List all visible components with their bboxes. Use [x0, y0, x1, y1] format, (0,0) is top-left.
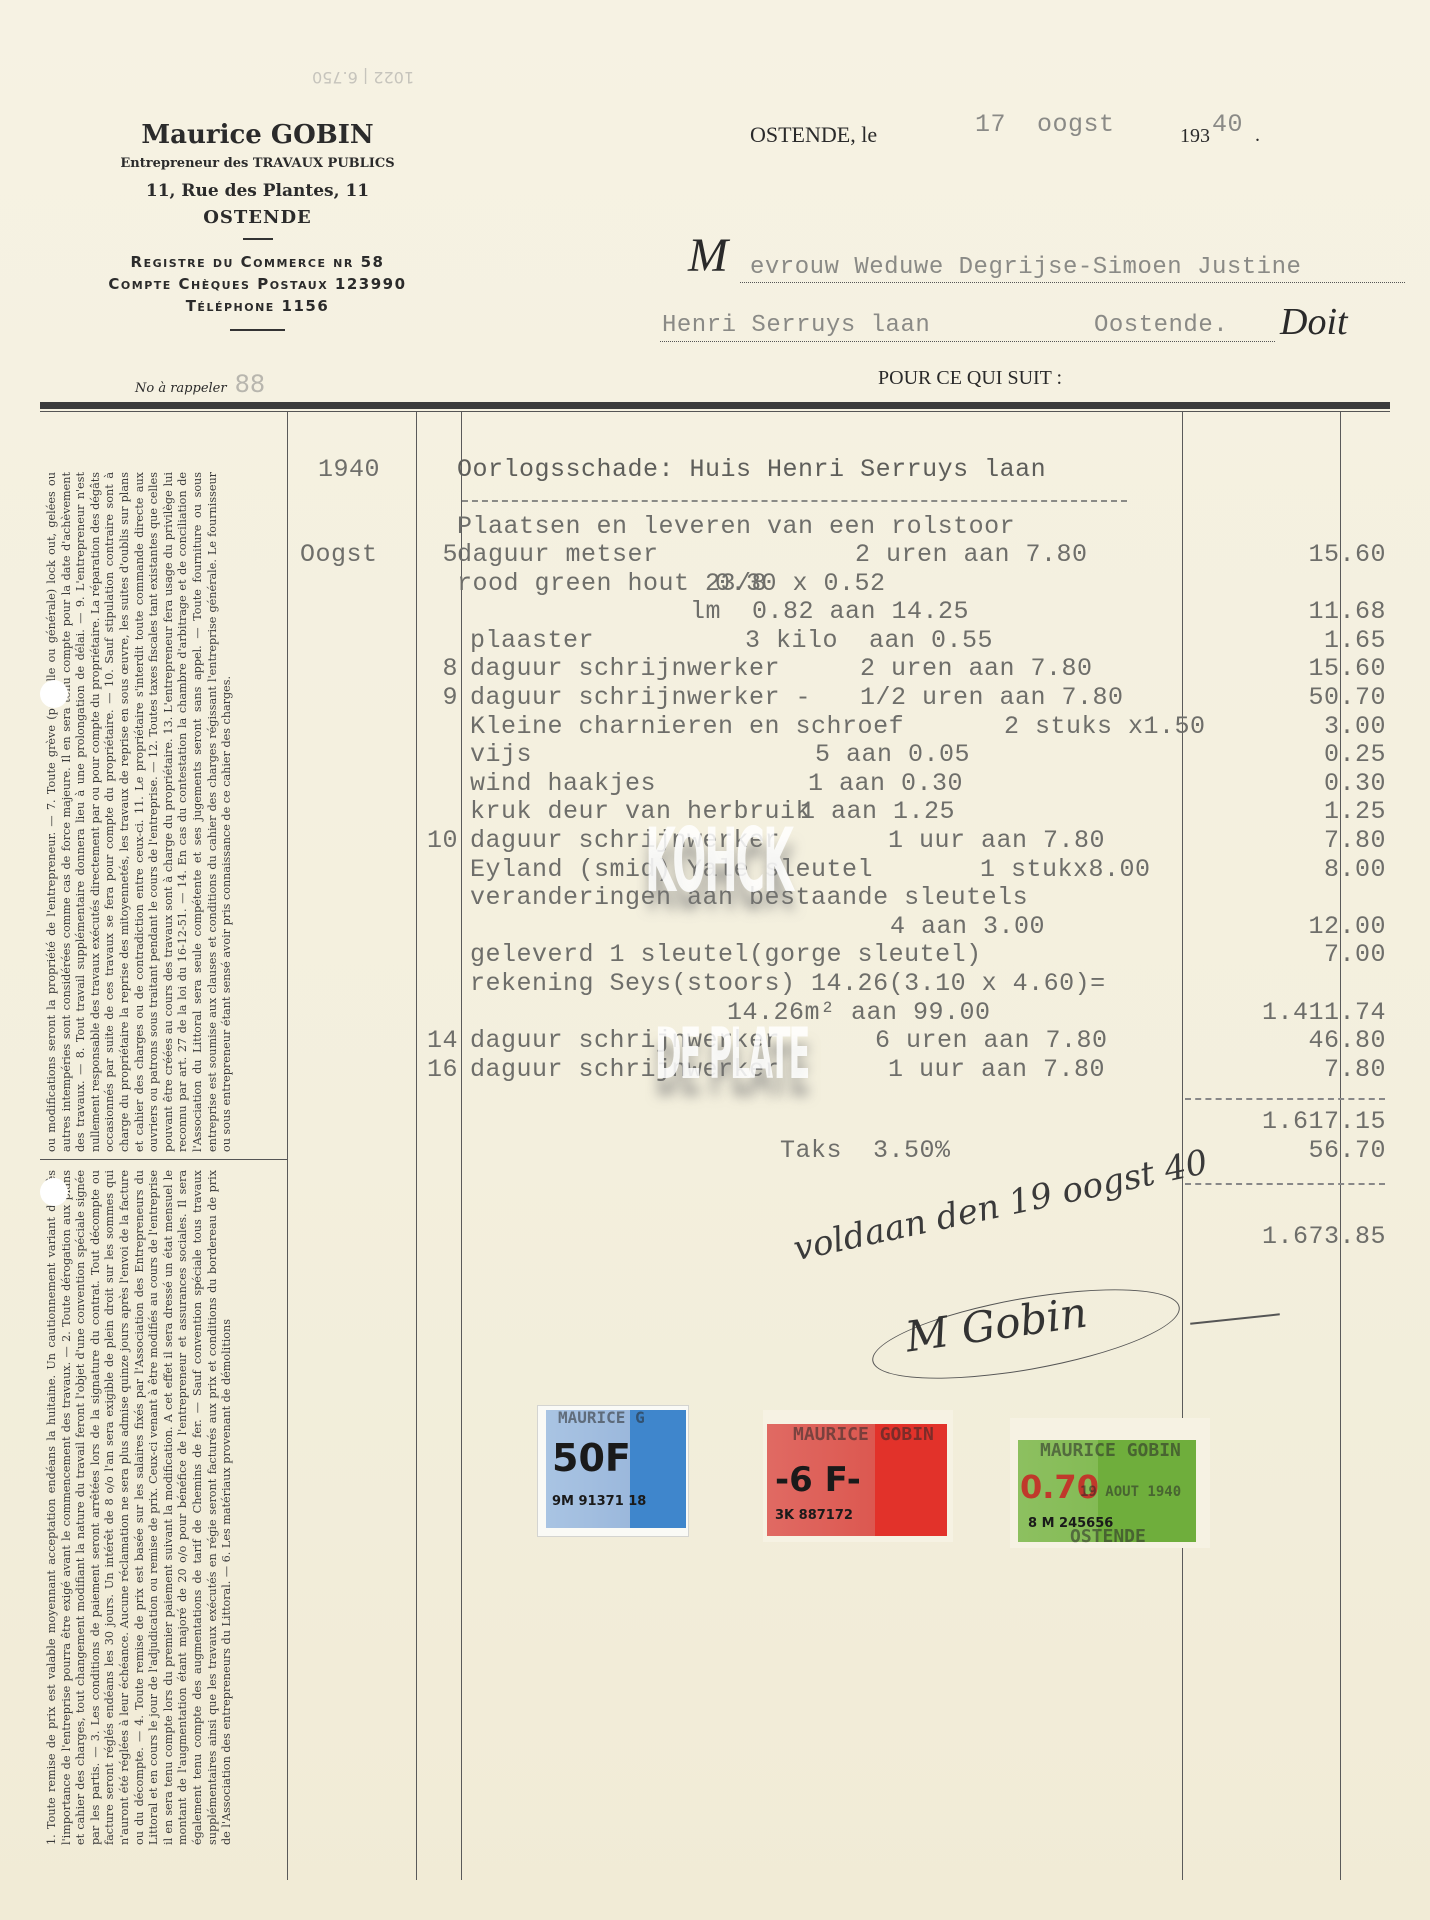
date-year-suffix: 40: [1212, 110, 1243, 139]
subtotal-amount: 1.617.15: [1190, 1107, 1386, 1136]
line-amount: 11.68: [1190, 597, 1386, 626]
pour-ce-qui-suit: POUR CE QUI SUIT :: [878, 367, 1062, 390]
stamp-value: -6 F-: [775, 1460, 861, 1500]
watermark-line-2: DE PLATE: [655, 1012, 808, 1096]
revenue-stamp-070: 0.70 8 M 245656 MAURICE GOBIN 19 AOUT 19…: [1010, 1418, 1210, 1548]
addressee-line-1: [740, 282, 1405, 283]
legal-terms-bottom: 1. Toute remise de prix est valable moye…: [45, 1170, 275, 1845]
divider: [230, 329, 285, 331]
line-amount: 1.25: [1190, 797, 1386, 826]
line-amount: 0.25: [1190, 740, 1386, 769]
line-amount: 15.60: [1190, 654, 1386, 683]
addressee-line-2: [660, 341, 1275, 342]
line-detail: 6 uren aan 7.80: [875, 1026, 1108, 1055]
line-detail: 4 aan 3.00: [890, 912, 1045, 941]
line-day: 10: [418, 826, 458, 855]
company-name: Maurice GOBIN: [70, 120, 445, 150]
table-header-bar: [40, 402, 1390, 409]
signature-stroke: [1190, 1313, 1280, 1324]
company-postal-account: Compte Chèques Postaux 123990: [70, 275, 445, 293]
line-detail: 1 uur aan 7.80: [888, 826, 1105, 855]
stamp-serial: 3K 887172: [775, 1508, 853, 1523]
line-description: geleverd 1 sleutel(gorge sleutel): [470, 940, 982, 969]
line-day: 16: [418, 1055, 458, 1084]
invoice-subtitle: Plaatsen en leveren van een rolstoor: [457, 512, 1015, 541]
stamp-value: 50F: [552, 1436, 631, 1480]
line-amount: 1.411.74: [1190, 998, 1386, 1027]
legal-divider: [40, 1159, 287, 1160]
line-detail: 2 uren aan 7.80: [855, 540, 1088, 569]
line-detail: 5 aan 0.05: [815, 740, 970, 769]
line-day: 8: [418, 654, 458, 683]
line-description: daguur schrijnwerker: [470, 654, 780, 683]
line-amount: 3.00: [1190, 712, 1386, 741]
invoice-line: wind haakjes1 aan 0.300.30: [0, 769, 1430, 797]
invoice-year: 1940: [318, 455, 380, 484]
line-detail: 3 kilo aan 0.55: [745, 626, 993, 655]
addressee-street: Henri Serruys laan: [662, 312, 930, 339]
pencil-note: 1022 | 6.750: [312, 68, 414, 87]
line-amount: 50.70: [1190, 683, 1386, 712]
table-header-rule: [40, 411, 1390, 412]
stamp-serial: 9M 91371 18: [552, 1494, 646, 1509]
stamp-cancel: MAURICE GOBIN: [793, 1424, 934, 1445]
addressee-name: evrouw Weduwe Degrijse-Simoen Justine: [750, 254, 1301, 281]
company-registry: Registre du Commerce nr 58: [70, 253, 445, 271]
reference: No à rappeler 88: [135, 370, 265, 398]
doit-label: Doit: [1280, 300, 1348, 344]
invoice-paper: 1022 | 6.750 Maurice GOBIN Entrepreneur …: [0, 0, 1430, 1920]
line-amount: 0.30: [1190, 769, 1386, 798]
invoice-line: rood green hout 23/80.30 x 0.52: [0, 569, 1430, 597]
line-description: daguur schrijnwerker -: [470, 683, 811, 712]
date-period: .: [1255, 124, 1260, 147]
punch-hole: [40, 1178, 68, 1206]
line-description: Kleine charnieren en schroef: [470, 712, 904, 741]
line-amount: 7.00: [1190, 940, 1386, 969]
total-separator: [1185, 1183, 1385, 1185]
tax-amount: 56.70: [1190, 1136, 1386, 1165]
line-detail: 2 stuks x1.50: [1004, 712, 1206, 741]
line-description: rekening Seys(stoors) 14.26(3.10 x 4.60)…: [470, 969, 1106, 998]
invoice-line: geleverd 1 sleutel(gorge sleutel)7.00: [0, 940, 1430, 968]
title-separator: [462, 500, 1127, 502]
line-amount: 7.80: [1190, 826, 1386, 855]
tax-label: Taks 3.50%: [780, 1136, 951, 1165]
line-detail: 1/2 uren aan 7.80: [860, 683, 1124, 712]
invoice-line: 4 aan 3.0012.00: [0, 912, 1430, 940]
date-place: OSTENDE, le: [750, 122, 877, 148]
line-detail: 1 uur aan 7.80: [888, 1055, 1105, 1084]
line-detail: 1 stukx8.00: [980, 855, 1151, 884]
line-day: 5: [418, 540, 458, 569]
letterhead: Maurice GOBIN Entrepreneur des TRAVAUX P…: [70, 120, 445, 331]
invoice-line: Kleine charnieren en schroef2 stuks x1.5…: [0, 712, 1430, 740]
addressee-initial: M: [688, 228, 728, 283]
line-detail: lm 0.82 aan 14.25: [690, 597, 969, 626]
line-detail: 2 uren aan 7.80: [860, 654, 1093, 683]
date-day-month: 17 oogst: [975, 110, 1115, 139]
line-amount: 12.00: [1190, 912, 1386, 941]
invoice-title: Oorlogsschade: Huis Henri Serruys laan: [457, 455, 1046, 484]
line-description: plaaster: [470, 626, 594, 655]
line-description: daguur metser: [457, 540, 659, 569]
line-detail: 1 aan 1.25: [800, 797, 955, 826]
stamp-cancel: MAURICE GOBIN: [1040, 1440, 1181, 1461]
line-amount: 1.65: [1190, 626, 1386, 655]
subtotal-separator: [1185, 1098, 1385, 1100]
company-profession: Entrepreneur des TRAVAUX PUBLICS: [70, 156, 445, 171]
stamp-cancel-city: OSTENDE: [1070, 1526, 1146, 1547]
date-year-prefix: 193: [1180, 125, 1210, 148]
invoice-line: 5daguur metser2 uren aan 7.8015.60: [0, 540, 1430, 568]
line-amount: 7.80: [1190, 1055, 1386, 1084]
invoice-line: plaaster3 kilo aan 0.551.65: [0, 626, 1430, 654]
line-description: wind haakjes: [470, 769, 656, 798]
divider: [243, 238, 273, 240]
line-amount: 8.00: [1190, 855, 1386, 884]
invoice-line: 8daguur schrijnwerker2 uren aan 7.8015.6…: [0, 654, 1430, 682]
company-address: 11, Rue des Plantes, 11: [70, 181, 445, 201]
invoice-line: 9daguur schrijnwerker -1/2 uren aan 7.80…: [0, 683, 1430, 711]
line-detail: 0.30 x 0.52: [715, 569, 886, 598]
invoice-line: rekening Seys(stoors) 14.26(3.10 x 4.60)…: [0, 969, 1430, 997]
revenue-stamp-50f: 50F 9M 91371 18 MAURICE G: [537, 1405, 689, 1537]
invoice-line: lm 0.82 aan 14.2511.68: [0, 597, 1430, 625]
line-day: 14: [418, 1026, 458, 1055]
line-detail: 1 aan 0.30: [808, 769, 963, 798]
line-amount: 46.80: [1190, 1026, 1386, 1055]
watermark-line-1: KOHCK: [645, 812, 792, 913]
invoice-line: vijs5 aan 0.050.25: [0, 740, 1430, 768]
line-description: vijs: [470, 740, 532, 769]
stamp-cancel-date: 19 AOUT 1940: [1080, 1484, 1181, 1500]
total-amount: 1.673.85: [1190, 1222, 1386, 1251]
line-day: 9: [418, 683, 458, 712]
reference-number: 88: [235, 370, 266, 398]
reference-label: No à rappeler: [135, 381, 227, 396]
company-city: OSTENDE: [70, 207, 445, 228]
addressee-city: Oostende.: [1094, 312, 1228, 339]
stamp-cancel: MAURICE G: [558, 1408, 645, 1427]
line-amount: 15.60: [1190, 540, 1386, 569]
company-telephone: Téléphone 1156: [70, 297, 445, 315]
revenue-stamp-6f: -6 F- 3K 887172 MAURICE GOBIN: [763, 1410, 953, 1542]
